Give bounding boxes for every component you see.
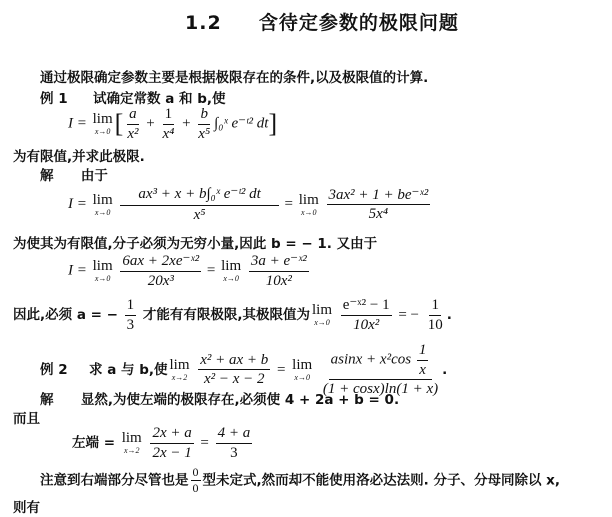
left-end-equation: 左端 = limx→2 2x + a2x − 1 = 4 + a3 (72, 425, 254, 461)
then-text: 则有 (13, 496, 40, 516)
section-title: 1.2 含待定参数的极限问题 (185, 8, 459, 35)
example1-requirement: 为有限值,并求此极限. (13, 145, 145, 165)
example1-label: 例 1 (40, 91, 68, 107)
example1-formula: I = lim x→0 [ax² + 1x⁴ + bx⁵∫₀ˣ e⁻ᵗ² dt] (68, 106, 277, 142)
integral-expression: ∫₀ˣ e⁻ᵗ² dt (214, 115, 268, 131)
equation-3: I = limx→0 6ax + 2xe⁻ˣ²20x³ = limx→0 3a … (68, 253, 311, 289)
section-number: 1.2 (185, 12, 222, 34)
solution-label: 解 (40, 168, 54, 184)
lhopital-note: 注意到右端部分尽管也是00型未定式,然而却不能使用洛必达法则. 分子、分母同除以… (40, 466, 560, 495)
example2-label: 例 2 (40, 362, 68, 378)
example1-conclusion: 因此,必须 a = − 13 才能有有限极限,其极限值为limx→0 e⁻ˣ² … (13, 297, 452, 333)
example1-solution-heading: 解 由于 (40, 164, 108, 184)
finite-condition-text: 为使其为有限值,分子必须为无穷小量,因此 b = − 1. 又由于 (13, 232, 377, 252)
example2-solution: 解 显然,为使左端的极限存在,必须使 4 + 2a + b = 0. (40, 388, 399, 408)
example1-heading: 例 1 试确定常数 a 和 b,使 (40, 87, 226, 107)
and-text: 而且 (13, 407, 40, 427)
section-title-text: 含待定参数的极限问题 (259, 12, 459, 34)
equation-2: I = limx→0 ax³ + x + b∫₀ˣ e⁻ᵗ² dtx⁵ = li… (68, 186, 432, 223)
limit-operator: lim x→0 (93, 112, 113, 136)
intro-paragraph: 通过极限确定参数主要是根据极限存在的条件,以及极限值的计算. (40, 66, 428, 86)
example1-statement: 试确定常数 a 和 b,使 (93, 91, 226, 107)
